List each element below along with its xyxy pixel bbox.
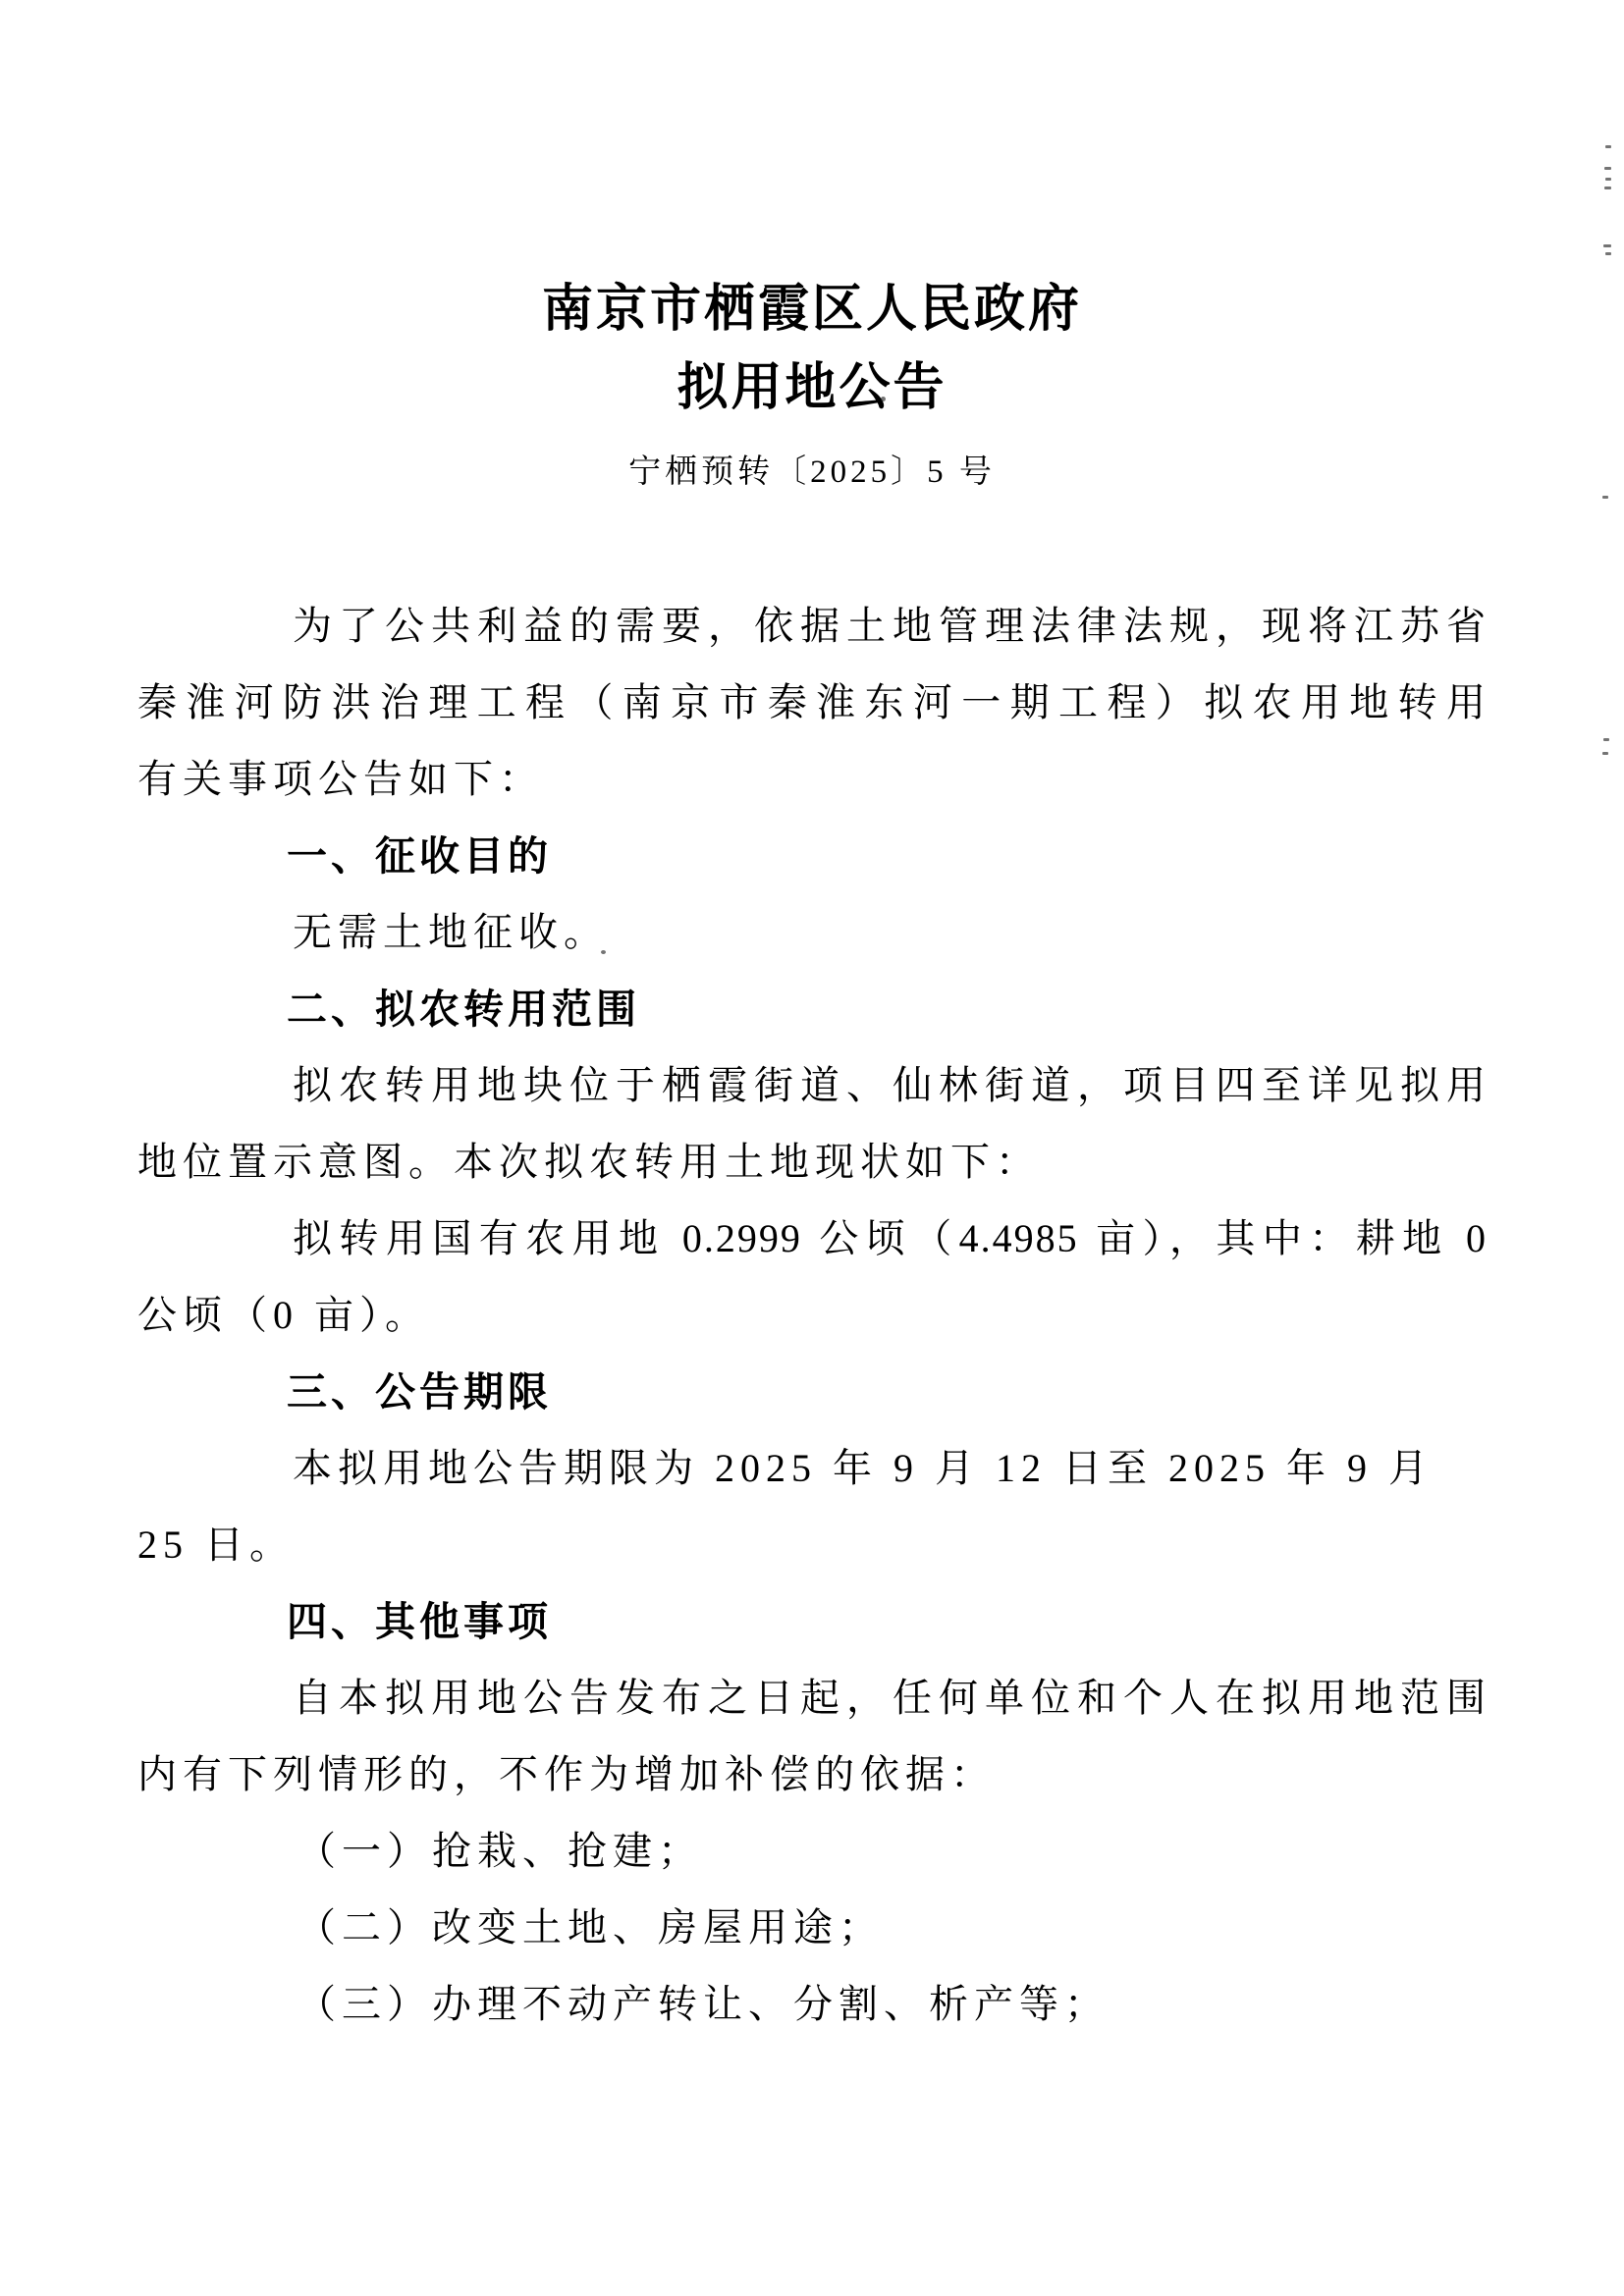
scan-artifact xyxy=(1603,244,1611,247)
body-line: 本拟用地公告期限为 2025 年 9 月 12 日至 2025 年 9 月 25… xyxy=(137,1430,1488,1583)
body-line: 无需土地征收。 xyxy=(137,894,1488,971)
body-line: （二）改变土地、房屋用途； xyxy=(137,1890,1488,1966)
scan-artifact xyxy=(601,950,606,954)
scan-artifact xyxy=(1602,752,1608,755)
body-line: 秦淮河防洪治理工程（南京市秦淮东河一期工程）拟农用地转用 xyxy=(137,665,1488,741)
body-line: （三）办理不动产转让、分割、析产等； xyxy=(137,1966,1488,2043)
body-line: 拟转用国有农用地 0.2999 公顷（4.4985 亩），其中：耕地 0 xyxy=(137,1201,1488,1277)
body-line: （一）抢栽、抢建； xyxy=(137,1813,1488,1890)
scan-artifact xyxy=(1605,145,1611,148)
body-line: 拟农转用地块位于栖霞街道、仙林街道，项目四至详见拟用 xyxy=(137,1047,1488,1124)
body-line: 有关事项公告如下： xyxy=(137,741,1488,818)
body-line: 为了公共利益的需要，依据土地管理法律法规，现将江苏省 xyxy=(137,588,1488,665)
document-title: 南京市栖霞区人民政府 拟用地公告 xyxy=(0,270,1624,427)
scanned-document-page: 南京市栖霞区人民政府 拟用地公告 宁栖预转〔2025〕5 号 为了公共利益的需要… xyxy=(0,0,1624,2296)
scan-artifact xyxy=(1604,167,1611,170)
doc-title-line2: 拟用地公告 xyxy=(0,348,1624,427)
doc-title-line1: 南京市栖霞区人民政府 xyxy=(0,270,1624,348)
body-line: 自本拟用地公告发布之日起，任何单位和个人在拟用地范围 xyxy=(137,1660,1488,1736)
doc-number: 宁栖预转〔2025〕5 号 xyxy=(0,444,1624,501)
document-body: 为了公共利益的需要，依据土地管理法律法规，现将江苏省秦淮河防洪治理工程（南京市秦… xyxy=(137,588,1488,2043)
scan-artifact xyxy=(1605,178,1611,181)
body-line: 地位置示意图。本次拟农转用土地现状如下： xyxy=(137,1124,1488,1201)
scan-artifact xyxy=(1604,187,1611,189)
section-header: 三、公告期限 xyxy=(137,1354,1488,1430)
section-header: 二、拟农转用范围 xyxy=(137,971,1488,1047)
scan-artifact xyxy=(1602,496,1608,499)
section-header: 四、其他事项 xyxy=(137,1583,1488,1660)
body-line: 公顷（0 亩）。 xyxy=(137,1277,1488,1354)
body-line: 内有下列情形的，不作为增加补偿的依据： xyxy=(137,1736,1488,1813)
scan-artifact xyxy=(1603,738,1609,741)
scan-artifact xyxy=(881,397,886,401)
section-header: 一、征收目的 xyxy=(137,818,1488,894)
scan-artifact xyxy=(1605,252,1611,255)
